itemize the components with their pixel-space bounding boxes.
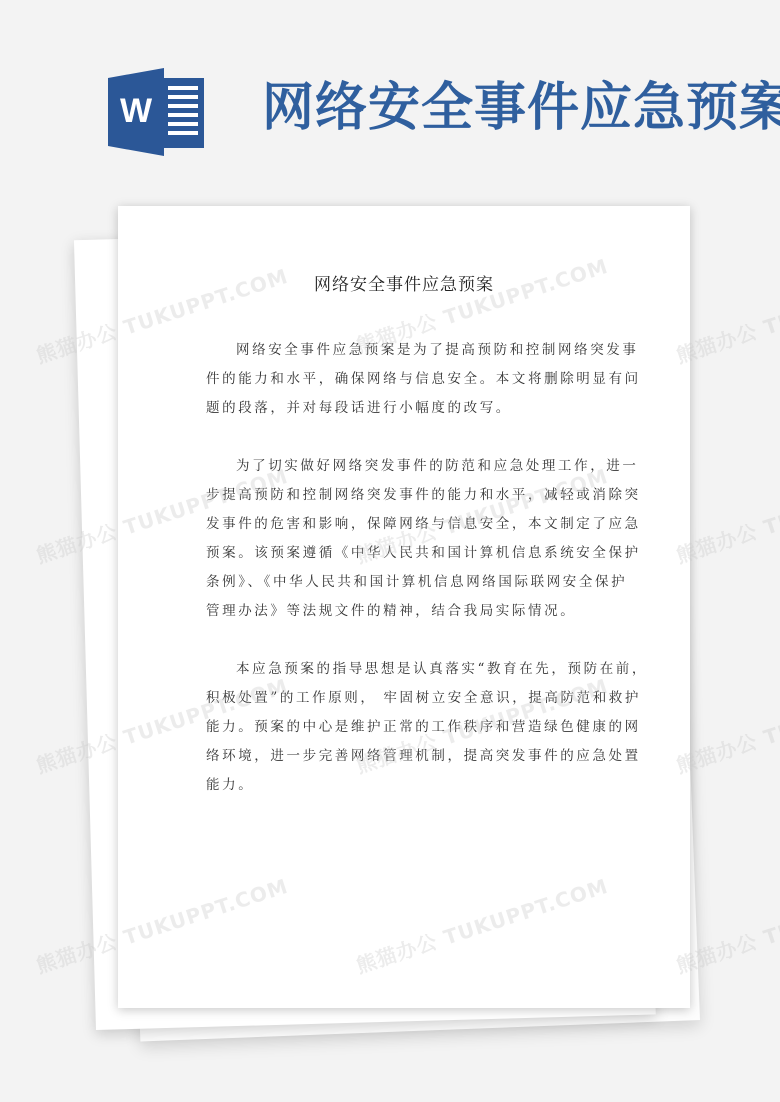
banner-title: 网络安全事件应急预案 xyxy=(262,72,780,144)
header-banner: W 网络安全事件应急预案 xyxy=(0,0,780,190)
text-line: 络环境，进一步完善网络管理机制，提高突发事件的应急处置 xyxy=(206,742,618,771)
text-line: 发事件的危害和影响，保障网络与信息安全，本文制定了应急 xyxy=(206,510,618,539)
svg-text:W: W xyxy=(120,92,153,130)
text-line: 题的段落，并对每段话进行小幅度的改写。 xyxy=(206,394,618,423)
text-line: 预案。该预案遵循《中华人民共和国计算机信息系统安全保护 xyxy=(206,539,618,568)
text-line: 条例》、《中华人民共和国计算机信息网络国际联网安全保护 xyxy=(206,568,618,597)
text-line: 网络安全事件应急预案是为了提高预防和控制网络突发事 xyxy=(206,336,618,365)
text-line: 能力。预案的中心是维护正常的工作秩序和营造绿色健康的网 xyxy=(206,713,618,742)
paragraph-2: 为了切实做好网络突发事件的防范和应急处理工作，进一 步提高预防和控制网络突发事件… xyxy=(206,452,618,626)
text-line: 件的能力和水平，确保网络与信息安全。本文将删除明显有问 xyxy=(206,365,618,394)
text-line: 本应急预案的指导思想是认真落实“教育在先，预防在前， xyxy=(206,655,618,684)
text-line: 步提高预防和控制网络突发事件的能力和水平，减轻或消除突 xyxy=(206,481,618,510)
paragraph-1: 网络安全事件应急预案是为了提高预防和控制网络突发事 件的能力和水平，确保网络与信… xyxy=(206,336,618,423)
document-body: 网络安全事件应急预案是为了提高预防和控制网络突发事 件的能力和水平，确保网络与信… xyxy=(206,336,618,800)
paragraph-3: 本应急预案的指导思想是认真落实“教育在先，预防在前， 积极处置”的工作原则， 牢… xyxy=(206,655,618,800)
text-line: 能力。 xyxy=(206,771,618,800)
word-document-icon: W xyxy=(108,68,208,156)
text-line: 管理办法》等法规文件的精神，结合我局实际情况。 xyxy=(206,597,618,626)
text-line: 为了切实做好网络突发事件的防范和应急处理工作，进一 xyxy=(206,452,618,481)
text-line: 积极处置”的工作原则， 牢固树立安全意识，提高防范和救护 xyxy=(206,684,618,713)
document-title: 网络安全事件应急预案 xyxy=(118,270,690,295)
document-page: 网络安全事件应急预案 网络安全事件应急预案是为了提高预防和控制网络突发事 件的能… xyxy=(118,206,690,1008)
